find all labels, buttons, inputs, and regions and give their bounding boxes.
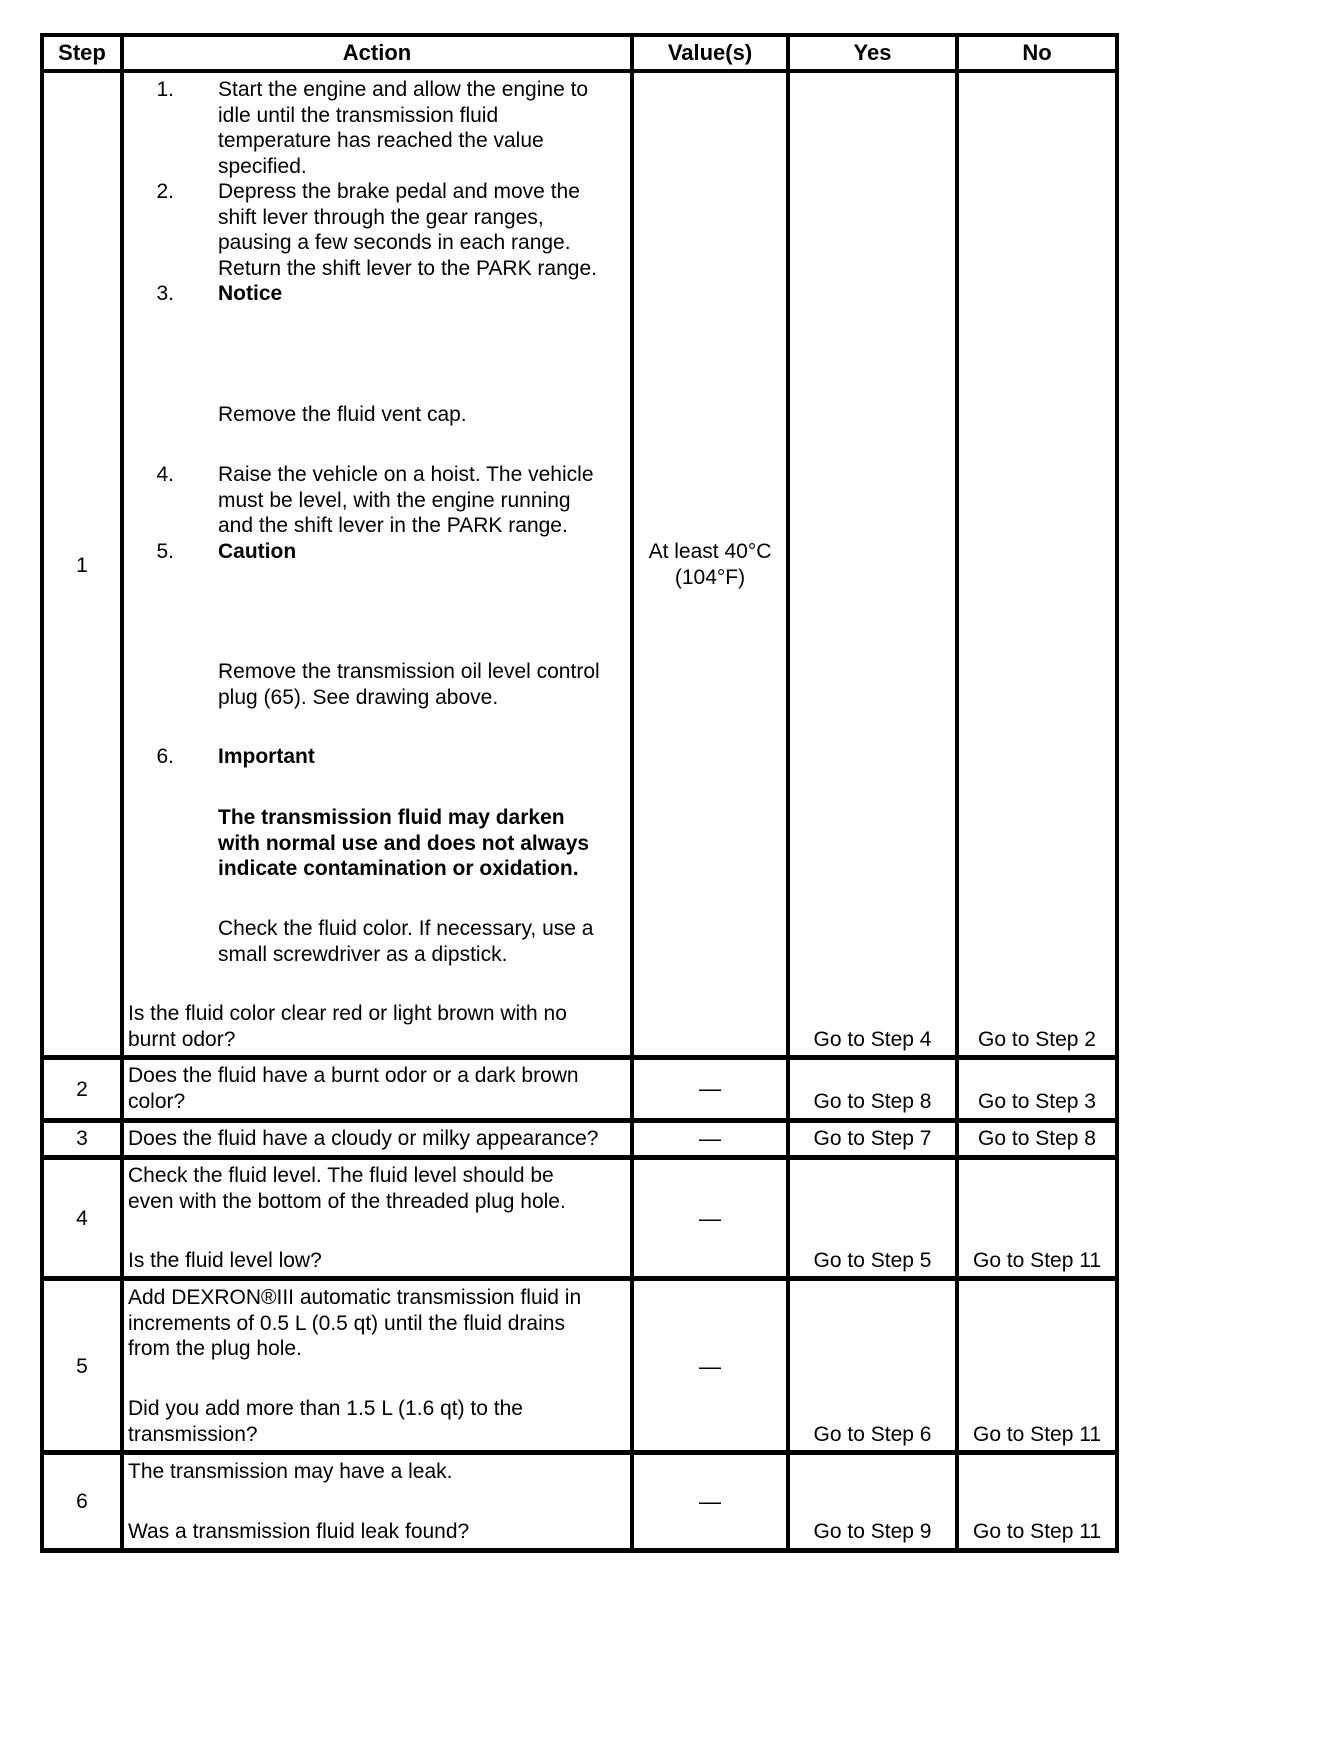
diagnostic-table: Step Action Value(s) Yes No 1 1. Start t… <box>40 33 1119 1552</box>
step-number: 1 <box>44 553 120 579</box>
value-cell: — <box>634 1206 786 1232</box>
header-step: Step <box>44 35 120 71</box>
action-cell: Does the fluid have a burnt odor or a da… <box>128 1063 628 1114</box>
yes-link[interactable]: Go to Step 5 <box>790 1248 955 1274</box>
item-number: 2. <box>144 179 174 205</box>
action-cell: Does the fluid have a cloudy or milky ap… <box>128 1126 628 1152</box>
action-cell: 1. Start the engine and allow the engine… <box>124 77 630 1057</box>
no-link[interactable]: Go to Step 11 <box>959 1248 1115 1274</box>
step-number: 6 <box>44 1489 120 1515</box>
action-cell: The transmission may have a leak. <box>128 1459 628 1485</box>
no-link[interactable]: Go to Step 3 <box>959 1089 1115 1115</box>
step-number: 3 <box>44 1126 120 1152</box>
value-cell: — <box>634 1076 786 1102</box>
header-action: Action <box>124 35 630 71</box>
header-yes: Yes <box>790 35 955 71</box>
action-item-4: Raise the vehicle on a hoist. The vehicl… <box>218 462 638 539</box>
value-cell: — <box>634 1354 786 1380</box>
question-text: Was a transmission fluid leak found? <box>128 1519 628 1545</box>
question-text: Did you add more than 1.5 L (1.6 qt) to … <box>128 1396 628 1447</box>
action-item-1: Start the engine and allow the engine to… <box>218 77 638 179</box>
yes-link[interactable]: Go to Step 6 <box>790 1422 955 1448</box>
item-number: 1. <box>144 77 174 103</box>
important-heading: Important <box>218 744 638 770</box>
header-no: No <box>959 35 1115 71</box>
action-item-6-text: Check the fluid color. If necessary, use… <box>218 916 638 967</box>
value-cell: — <box>634 1126 786 1152</box>
value-cell: At least 40°C (104°F) <box>634 539 786 590</box>
no-link[interactable]: Go to Step 2 <box>959 1027 1115 1053</box>
important-note: The transmission fluid may darken with n… <box>218 805 638 882</box>
item-number: 6. <box>144 744 174 770</box>
action-item-3-text: Remove the fluid vent cap. <box>218 402 638 428</box>
action-cell: Add DEXRON®III automatic transmission fl… <box>128 1285 628 1362</box>
no-link[interactable]: Go to Step 11 <box>959 1519 1115 1545</box>
step-number: 4 <box>44 1206 120 1232</box>
value-cell: — <box>634 1489 786 1515</box>
item-number: 5. <box>144 539 174 565</box>
header-values: Value(s) <box>634 35 786 71</box>
no-link[interactable]: Go to Step 8 <box>959 1126 1115 1152</box>
item-number: 3. <box>144 281 174 307</box>
action-cell: Check the fluid level. The fluid level s… <box>128 1163 628 1214</box>
action-item-5-text: Remove the transmission oil level contro… <box>218 659 638 710</box>
question-text: Is the fluid level low? <box>128 1248 628 1274</box>
item-number: 4. <box>144 462 174 488</box>
action-item-2: Depress the brake pedal and move the shi… <box>218 179 638 281</box>
yes-link[interactable]: Go to Step 4 <box>790 1027 955 1053</box>
question-text: Is the fluid color clear red or light br… <box>128 1001 628 1052</box>
yes-link[interactable]: Go to Step 9 <box>790 1519 955 1545</box>
caution-heading: Caution <box>218 539 638 565</box>
step-number: 2 <box>44 1077 120 1103</box>
yes-link[interactable]: Go to Step 7 <box>790 1126 955 1152</box>
yes-link[interactable]: Go to Step 8 <box>790 1089 955 1115</box>
no-link[interactable]: Go to Step 11 <box>959 1422 1115 1448</box>
notice-heading: Notice <box>218 281 638 307</box>
step-number: 5 <box>44 1354 120 1380</box>
